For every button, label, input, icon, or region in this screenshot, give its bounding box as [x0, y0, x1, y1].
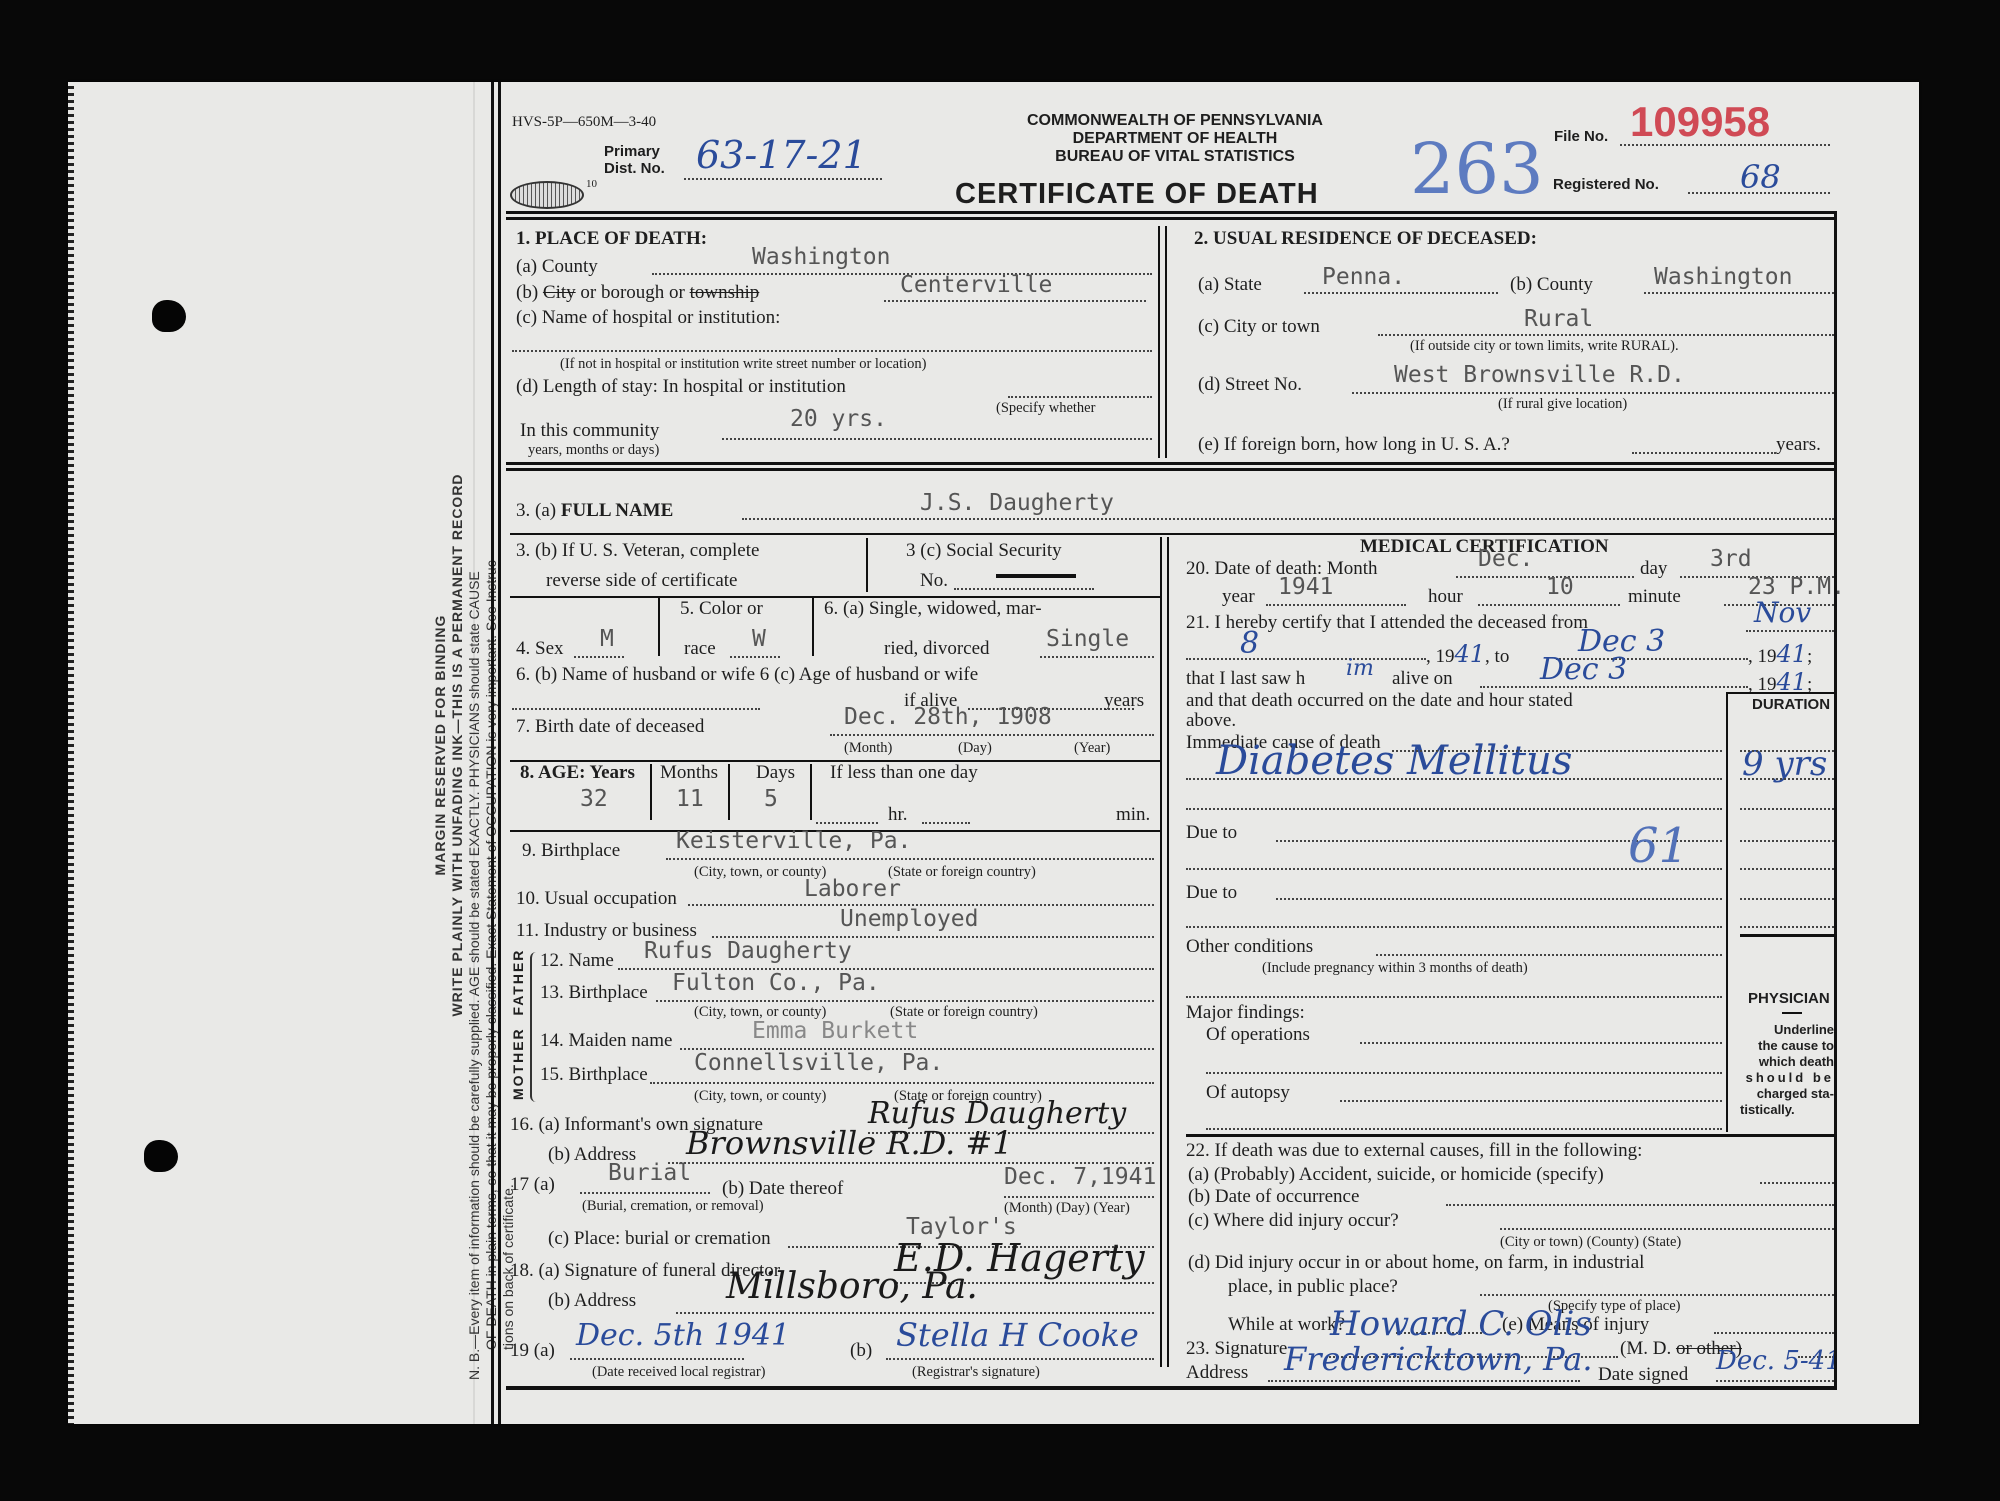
race-line — [730, 656, 780, 658]
binding-margin-note: MARGIN RESERVED FOR BINDING WRITE PLAINL… — [432, 110, 517, 1380]
death-hour-line — [1478, 604, 1620, 606]
hr-label: hr. — [888, 804, 908, 826]
pod-community-line — [722, 438, 1152, 440]
pod-county-label: (a) County — [516, 256, 598, 278]
father-birthplace-value: Fulton Co., Pa. — [672, 970, 880, 996]
registrar-sig-b: (b) — [850, 1340, 872, 1362]
father-name-label: 12. Name — [540, 950, 614, 972]
full-name-value: J.S. Daugherty — [920, 490, 1114, 516]
birthplace-value: Keisterville, Pa. — [676, 828, 911, 854]
registered-no-label: Registered No. — [1553, 176, 1659, 193]
other-conditions-note: (Include pregnancy within 3 months of de… — [1262, 960, 1528, 977]
form-code: HVS-5P—650M—3-40 — [512, 114, 656, 131]
disposition-date-value: Dec. 7,1941 — [1004, 1164, 1156, 1190]
last-saw-label: that I last saw h — [1186, 668, 1305, 690]
registrar-date-value: Dec. 5th 1941 — [576, 1318, 790, 1353]
nb-line-1: N. B.—Every item of information should b… — [466, 110, 483, 1380]
physician-note: Underline the cause to which death shoul… — [1740, 1022, 1834, 1118]
physician-sig-label: 23. Signature — [1186, 1338, 1287, 1360]
ss-line — [954, 588, 1094, 590]
father-side-label: FATHER — [510, 949, 526, 1016]
duration-line-2 — [1740, 778, 1834, 780]
age-years-label: 8. AGE: Years — [520, 762, 635, 784]
due-to-label-2: Due to — [1186, 882, 1237, 904]
physician-address-value: Fredericktown, Pa. — [1284, 1340, 1593, 1378]
father-birthplace-label: 13. Birthplace — [540, 982, 648, 1004]
md-note-a: (M. D. — [1620, 1338, 1676, 1359]
duration-line-7 — [1740, 926, 1834, 928]
race-value: W — [752, 626, 766, 652]
name-rule — [510, 533, 1834, 535]
res-foreign-line — [1632, 452, 1776, 454]
registrar-date-line — [570, 1358, 744, 1360]
duration-line-1 — [1740, 750, 1834, 752]
disposition-line — [580, 1192, 710, 1194]
physician-note-line: tistically. — [1740, 1102, 1834, 1118]
mother-birthplace-label: 15. Birthplace — [540, 1064, 648, 1086]
death-minute-label: minute — [1628, 586, 1681, 608]
date-signed-value: Dec. 5-41 — [1716, 1346, 1842, 1376]
dist-line — [684, 178, 882, 180]
father-name-value: Rufus Daugherty — [644, 938, 852, 964]
birth-date-label: 7. Birth date of deceased — [516, 716, 704, 738]
res-county-value: Washington — [1654, 264, 1792, 290]
date-signed-label: Date signed — [1598, 1364, 1688, 1386]
res-state-line — [1304, 292, 1498, 294]
funeral-address-label: (b) Address — [548, 1290, 636, 1312]
attended-from-year-label: , 1941, to — [1426, 640, 1509, 668]
duration-heading: DURATION — [1752, 696, 1830, 713]
marital-line — [1040, 656, 1154, 658]
physician-dash — [1782, 1012, 1802, 1014]
registrar-sig-line — [886, 1358, 1154, 1360]
external-d-label-1: (d) Did injury occur in or about home, o… — [1188, 1252, 1644, 1274]
mother-birthplace-value: Connellsville, Pa. — [694, 1050, 943, 1076]
other-conditions-line — [1376, 954, 1722, 956]
attended-to-year: 41 — [1777, 640, 1808, 668]
name-prefix: 3. (a) — [516, 500, 561, 521]
funeral-address-line — [676, 1312, 1154, 1314]
res-county-label: (b) County — [1510, 274, 1593, 296]
external-a-line — [1760, 1182, 1834, 1184]
physician-address-line — [1268, 1380, 1580, 1382]
occurred-label-2: above. — [1186, 710, 1236, 732]
age-divider-2 — [728, 764, 730, 820]
res-city-label: (c) City or town — [1198, 316, 1320, 338]
mother-name-label: 14. Maiden name — [540, 1030, 672, 1052]
autopsy-label: Of autopsy — [1206, 1082, 1290, 1104]
birth-month-note: (Month) — [844, 740, 892, 757]
other-conditions-line-2 — [1186, 996, 1722, 998]
duration-bottom-rule — [1740, 934, 1834, 937]
pod-stay-label: (d) Length of stay: In hospital or insti… — [516, 376, 846, 398]
external-c-note: (City or town) (County) (State) — [1500, 1234, 1681, 1251]
write-plainly-text: WRITE PLAINLY WITH UNFADING INK—THIS IS … — [449, 110, 466, 1380]
birthplace-label: 9. Birthplace — [522, 840, 620, 862]
death-year-line — [1266, 604, 1406, 606]
res-street-label: (d) Street No. — [1198, 374, 1302, 396]
attended-from-line-1 — [1746, 630, 1834, 632]
disposition-mdy-note: (Month) (Day) (Year) — [1004, 1200, 1130, 1217]
primary-dist-label: Primary Dist. No. — [604, 143, 665, 177]
date-signed-line — [1716, 1380, 1834, 1382]
agency-commonwealth: COMMONWEALTH OF PENNSYLVANIA — [970, 112, 1380, 130]
death-year-label: year — [1222, 586, 1255, 608]
immediate-cause-line-2 — [1186, 778, 1722, 780]
external-b-line — [1446, 1204, 1834, 1206]
external-c-label: (c) Where did injury occur? — [1188, 1210, 1399, 1232]
physician-address-label: Address — [1186, 1362, 1248, 1384]
name-label-bold: FULL NAME — [561, 500, 673, 521]
age-years-value: 32 — [580, 786, 608, 812]
immediate-cause-line-1 — [1392, 750, 1722, 752]
bottom-rule — [506, 1386, 1834, 1390]
union-label-icon — [510, 181, 584, 209]
attended-from-day: 8 — [1240, 626, 1259, 661]
disposition-value: Burial — [608, 1160, 691, 1186]
res-street-note: (If rural give location) — [1498, 396, 1627, 413]
birthplace-state-note: (State or foreign country) — [888, 864, 1036, 881]
age-months-value: 11 — [676, 786, 704, 812]
file-no-label: File No. — [1554, 128, 1608, 145]
autopsy-line-2 — [1206, 1128, 1722, 1130]
external-causes-heading: 22. If death was due to external causes,… — [1186, 1140, 1642, 1162]
union-mark-number: 10 — [586, 178, 597, 190]
operations-line-2 — [1206, 1072, 1722, 1074]
form-right-border — [1834, 211, 1837, 1390]
mother-birthplace-line — [650, 1082, 1154, 1084]
sex-line — [574, 656, 624, 658]
due-to-line-2 — [1186, 868, 1722, 870]
residence-heading: 2. USUAL RESIDENCE OF DECEASED: — [1194, 228, 1537, 250]
operations-line — [1360, 1042, 1722, 1044]
res-state-value: Penna. — [1322, 264, 1405, 290]
punch-hole — [144, 1140, 178, 1172]
pod-community-value: 20 yrs. — [790, 406, 887, 432]
duration-line-6 — [1740, 898, 1834, 900]
handwritten-263: 263 — [1410, 128, 1544, 210]
sex-value: M — [600, 626, 614, 652]
physician-signature: Howard C. Olis — [1330, 1304, 1592, 1344]
major-findings-label: Major findings: — [1186, 1002, 1305, 1024]
age-days-value: 5 — [764, 786, 778, 812]
autopsy-line — [1340, 1100, 1722, 1102]
color-label-2: race — [684, 638, 716, 660]
death-hour-label: hour — [1428, 586, 1463, 608]
agency-department: DEPARTMENT OF HEALTH — [970, 130, 1380, 148]
pod-stay-line — [1008, 396, 1152, 398]
birthplace-line — [666, 858, 1154, 860]
death-hour-value: 10 — [1546, 574, 1574, 600]
spouse-years-label: years — [1104, 690, 1144, 712]
registrar-sig-note: (Registrar's signature) — [912, 1364, 1040, 1381]
ss-label-2: No. — [920, 570, 948, 592]
attended-from-month: Nov — [1754, 596, 1811, 629]
sex-divider — [658, 598, 660, 656]
pod-specify-note: (Specify whether — [996, 400, 1095, 417]
punch-hole — [152, 300, 186, 332]
death-day-label: day — [1640, 558, 1667, 580]
res-street-line — [1352, 392, 1834, 394]
industry-value: Unemployed — [840, 906, 978, 932]
birth-date-line — [830, 734, 1154, 736]
agency-block: COMMONWEALTH OF PENNSYLVANIA DEPARTMENT … — [970, 112, 1380, 166]
attended-from-line-2 — [1186, 658, 1426, 660]
dist-label: Dist. No. — [604, 160, 665, 177]
pod-hospital-line — [512, 350, 1152, 352]
mother-city-note: (City, town, or county) — [694, 1088, 826, 1105]
external-b-label: (b) Date of occurrence — [1188, 1186, 1359, 1208]
occupation-value: Laborer — [804, 876, 901, 902]
column-divider — [1160, 537, 1169, 1367]
spouse-label: 6. (b) Name of husband or wife 6 (c) Age… — [516, 664, 978, 686]
marital-label-2: ried, divorced — [884, 638, 990, 660]
veteran-divider — [866, 538, 868, 592]
death-day-value: 3rd — [1710, 546, 1752, 572]
informant-address-value: Brownsville R.D. #1 — [686, 1124, 1013, 1162]
duration-line-4 — [1740, 840, 1834, 842]
mother-side-label: MOTHER — [510, 1027, 526, 1100]
registered-number: 68 — [1740, 158, 1781, 196]
external-c-line — [1500, 1228, 1834, 1230]
occupation-label: 10. Usual occupation — [516, 888, 677, 910]
marital-label-1: 6. (a) Single, widowed, mar- — [824, 598, 1042, 620]
ss-dash-mark — [996, 574, 1076, 578]
race-divider — [812, 598, 814, 656]
pod-borough-line — [884, 300, 1146, 302]
pod-county-value: Washington — [752, 244, 890, 270]
b-mid: or borough or — [576, 282, 690, 303]
death-month-line — [1456, 576, 1634, 578]
mother-name-value: Emma Burkett — [752, 1018, 918, 1044]
age-label-text: 8. AGE: Years — [520, 762, 635, 783]
b-prefix: (b) — [516, 282, 543, 303]
header-rule — [506, 211, 1834, 220]
certificate-title: CERTIFICATE OF DEATH — [955, 178, 1319, 211]
place-of-death-heading: 1. PLACE OF DEATH: — [516, 228, 707, 250]
physician-heading: PHYSICIAN — [1748, 990, 1830, 1007]
operations-label: Of operations — [1206, 1024, 1310, 1046]
res-county-line — [1644, 292, 1834, 294]
res-foreign-label: (e) If foreign born, how long in U. S. A… — [1198, 434, 1510, 456]
full-name-label: 3. (a) FULL NAME — [516, 500, 673, 522]
pod-hospital-label: (c) Name of hospital or institution: — [516, 307, 780, 329]
section-rule — [506, 462, 1834, 471]
funeral-address-value: Millsboro, Pa. — [726, 1266, 978, 1307]
pod-borough-value: Centerville — [900, 272, 1052, 298]
physician-note-line: which death — [1740, 1054, 1834, 1070]
attended-from-year: 41 — [1455, 640, 1486, 668]
hr-line — [816, 822, 878, 824]
duration-divider — [1726, 692, 1728, 1132]
pod-community-label: In this community — [520, 420, 659, 442]
means-of-injury-line — [1714, 1332, 1834, 1334]
less-than-day-label: If less than one day — [830, 762, 978, 784]
alive-on-label: alive on — [1392, 668, 1453, 690]
physician-note-line: Underline — [1740, 1022, 1834, 1038]
parents-side-label: MOTHER FATHER — [510, 949, 526, 1100]
full-name-line — [742, 518, 1834, 520]
dist-number: 63-17-21 — [696, 133, 867, 177]
res-city-value: Rural — [1524, 306, 1593, 332]
min-line — [922, 822, 970, 824]
city-struck: City — [543, 282, 576, 303]
other-conditions-label: Other conditions — [1186, 936, 1313, 958]
sex-label: 4. Sex — [516, 638, 564, 660]
disposition-date-line — [1004, 1196, 1154, 1198]
spouse-name-line — [512, 708, 760, 710]
burial-place-label: (c) Place: burial or cremation — [548, 1228, 771, 1250]
last-saw-him: im — [1346, 656, 1374, 681]
external-d-line — [1480, 1294, 1834, 1296]
res-city-line — [1378, 334, 1834, 336]
at-work-label: While at work? — [1228, 1314, 1345, 1336]
margin-reserved-text: MARGIN RESERVED FOR BINDING — [432, 110, 449, 1380]
veteran-label-2: reverse side of certificate — [546, 570, 737, 592]
township-struck: township — [690, 282, 760, 303]
pod-ymd-note: years, months or days) — [528, 442, 659, 459]
duration-top-rule — [1726, 692, 1834, 694]
registrar-signature: Stella H Cooke — [896, 1316, 1139, 1354]
disposition-date-label: (b) Date thereof — [722, 1178, 843, 1200]
disposition-label: 17 (a) — [510, 1174, 555, 1196]
birth-year-note: (Year) — [1074, 740, 1110, 757]
form-left-border — [491, 82, 501, 1424]
age-months-label: Months — [660, 762, 718, 784]
color-label-1: 5. Color or — [680, 598, 763, 620]
to-word: , to — [1485, 646, 1509, 667]
file-number-stamp: 109958 — [1630, 98, 1770, 146]
primary-label: Primary — [604, 143, 665, 160]
due-to-label-1: Due to — [1186, 822, 1237, 844]
duration-line-5 — [1740, 868, 1834, 870]
duration-line-3 — [1740, 808, 1834, 810]
res-state-label: (a) State — [1198, 274, 1262, 296]
registered-line — [1688, 192, 1830, 194]
physician-note-line: the cause to — [1740, 1038, 1834, 1054]
disposition-note: (Burial, cremation, or removal) — [582, 1198, 764, 1215]
occurred-label-1: and that death occurred on the date and … — [1186, 690, 1573, 712]
age-days-label: Days — [756, 762, 795, 784]
physician-note-line: should be — [1740, 1070, 1834, 1086]
attended-to-year-label: , 1941; — [1748, 640, 1812, 668]
section-divider — [1158, 226, 1167, 458]
external-d-label-2: place, in public place? — [1228, 1276, 1398, 1298]
min-label: min. — [1116, 804, 1150, 826]
birth-date-value: Dec. 28th, 1908 — [844, 704, 1052, 730]
due-to-line-3 — [1276, 898, 1722, 900]
handwritten-code-61: 61 — [1628, 818, 1689, 874]
pod-hospital-note: (If not in hospital or institution write… — [560, 356, 926, 373]
death-year-value: 1941 — [1278, 574, 1333, 600]
age-divider-1 — [650, 764, 652, 820]
death-month-value: Dec. — [1478, 546, 1533, 572]
to-year-19: , 19 — [1748, 646, 1777, 667]
external-causes-rule — [1186, 1134, 1834, 1137]
father-birthplace-line — [656, 1000, 1154, 1002]
registrar-date-label: 19 (a) — [510, 1340, 555, 1362]
last-saw-line — [1480, 686, 1748, 688]
res-street-value: West Brownsville R.D. — [1394, 362, 1685, 388]
parents-bracket — [530, 952, 540, 1102]
cause-line-3 — [1186, 808, 1722, 810]
res-foreign-unit: years. — [1776, 434, 1821, 456]
agency-bureau: BUREAU OF VITAL STATISTICS — [970, 148, 1380, 166]
res-city-note: (If outside city or town limits, write R… — [1410, 338, 1679, 355]
veteran-label-1: 3. (b) If U. S. Veteran, complete — [516, 540, 759, 562]
marital-value: Single — [1046, 626, 1129, 652]
pod-borough-label: (b) City or borough or township — [516, 282, 759, 304]
to-label-19: , 19 — [1426, 646, 1455, 667]
ss-label-1: 3 (c) Social Security — [906, 540, 1062, 562]
due-to-line-4 — [1186, 926, 1722, 928]
birth-day-note: (Day) — [958, 740, 992, 757]
age-divider-3 — [810, 764, 812, 820]
physician-note-line: charged sta- — [1740, 1086, 1834, 1102]
registrar-date-note: (Date received local registrar) — [592, 1364, 766, 1381]
last-saw-date: Dec 3 — [1540, 652, 1627, 687]
external-a-label: (a) (Probably) Accident, suicide, or hom… — [1188, 1164, 1604, 1186]
file-line — [1620, 144, 1830, 146]
